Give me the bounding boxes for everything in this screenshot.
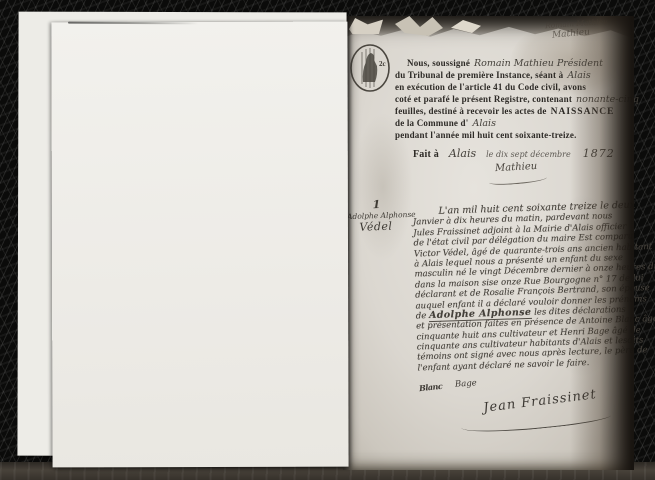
- register-page: Romain Mathieu Mathieu 2c Nous, soussign…: [343, 16, 634, 470]
- certificate-line: feuilles, destiné à recevoir les actes d…: [395, 104, 631, 116]
- certificate-line: pendant l'année mil huit cent soixante-t…: [395, 128, 631, 140]
- president-signature: Mathieu: [495, 161, 538, 174]
- printed-text: Fait à: [413, 149, 439, 160]
- signature-flourish: [489, 174, 547, 186]
- stamp-value: 2c: [379, 60, 386, 68]
- torn-paper-fragment: [395, 16, 443, 36]
- handwritten-insert: Alais: [567, 70, 590, 81]
- corner-signature: Mathieu: [552, 27, 591, 40]
- printed-text: de la Commune d': [395, 118, 468, 128]
- certificate-line: coté et parafé le présent Registre, cont…: [395, 92, 631, 104]
- act-text: les dites déclarations: [531, 305, 626, 318]
- handwritten-place: Alais: [449, 147, 476, 160]
- printed-text-caps: NAISSANCE: [551, 107, 615, 117]
- corner-handwriting: Romain Mathieu: [545, 17, 609, 30]
- revenue-stamp-icon: 2c: [349, 42, 391, 94]
- printed-text: pendant l'année mil huit cent soixante-t…: [395, 130, 577, 140]
- certificate-line: Nous, soussigné Romain Mathieu Président: [395, 56, 631, 68]
- officer-signature: Jean Fraissinet: [483, 387, 598, 416]
- printed-text: Nous, soussigné: [407, 58, 470, 68]
- margin-annotation: 1 Adolphe Alphonse Védel: [346, 197, 413, 234]
- handwritten-date: le dix sept décembre: [486, 150, 571, 159]
- handwritten-insert: nonante-cinq: [576, 94, 639, 105]
- handwritten-year: 1872: [583, 147, 615, 160]
- certificate-line: de la Commune d' Alais: [395, 116, 631, 128]
- act-text: de: [416, 311, 429, 321]
- printed-text: du Tribunal de première Instance, séant …: [395, 70, 563, 80]
- printed-text: coté et parafé le présent Registre, cont…: [395, 94, 572, 104]
- margin-surname: Védel: [347, 219, 413, 234]
- torn-paper-fragment: [451, 20, 481, 33]
- act-body: L'an mil huit cent soixante treize le de…: [412, 201, 639, 374]
- fait-line: Fait à Alais le dix sept décembre 1872: [413, 144, 615, 162]
- torn-paper-fragment: [349, 18, 383, 34]
- certificate-line: du Tribunal de première Instance, séant …: [395, 68, 631, 80]
- witness-signature-2: Bage: [455, 378, 477, 389]
- certificate-line: en exécution de l'article 41 du Code civ…: [395, 80, 631, 92]
- witness-signature-1: Blanc: [419, 381, 443, 393]
- certificate-header: Nous, soussigné Romain Mathieu Président…: [395, 56, 631, 140]
- printed-text: en exécution de l'article 41 du Code civ…: [395, 82, 586, 92]
- blank-page-front: [51, 22, 348, 468]
